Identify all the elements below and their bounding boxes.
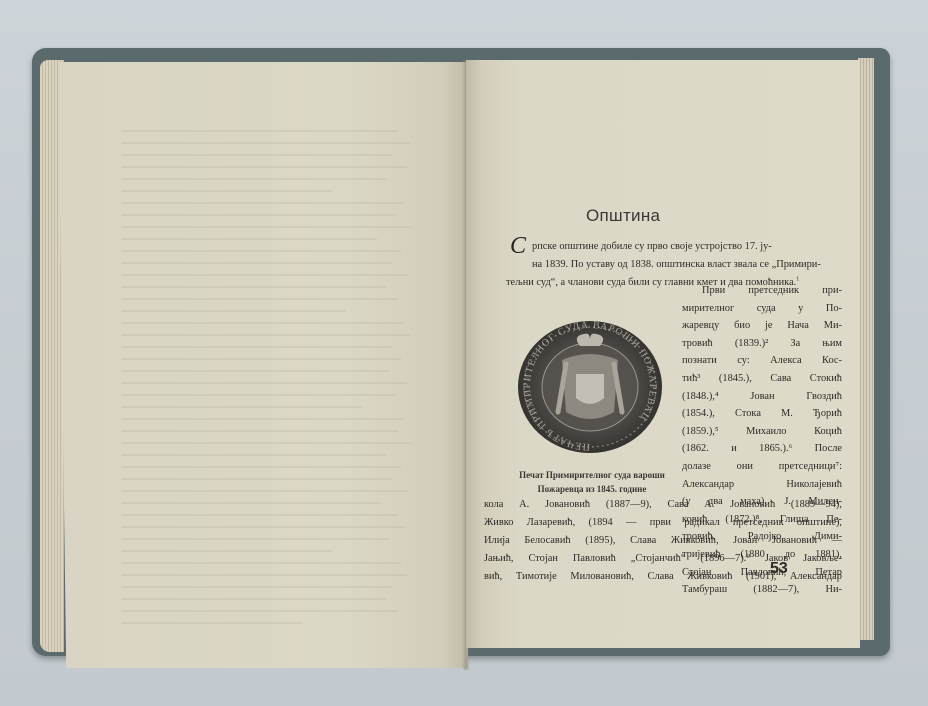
bottom-line: Живко Лазаревић, (1894 — први радикал пр… bbox=[484, 514, 842, 532]
page-number: 53 bbox=[770, 560, 788, 578]
show-through-text bbox=[122, 130, 422, 634]
bottom-line: кола А. Јовановић (1887—9), Сава А. Јова… bbox=[484, 496, 842, 514]
caption-line: Печат Примирителног суда вароши bbox=[492, 468, 692, 482]
bottom-line: Илија Белосавић (1895), Слава Живковић, … bbox=[484, 532, 842, 550]
side-line: долазе они претседници⁷: bbox=[682, 458, 842, 476]
side-line: мирителног суда у По- bbox=[682, 300, 842, 318]
side-line: познати су: Алекса Кос- bbox=[682, 352, 842, 370]
side-line: жаревцу био је Нача Ми- bbox=[682, 317, 842, 335]
drop-cap-ornament: С bbox=[506, 234, 530, 258]
intro-line: на 1839. По уставу од 1838. општинска вл… bbox=[506, 256, 842, 274]
side-line: (1862. и 1865.).⁶ После bbox=[682, 440, 842, 458]
side-line: тић³ (1845.), Сава Стокић bbox=[682, 370, 842, 388]
seal-icon: ПЕЧАТЪ ПРИМИРИТЕЛНОГ СУДА ВАРОШИ ПОЖАРЕВ… bbox=[510, 312, 670, 462]
side-line: Александар Николајевић bbox=[682, 476, 842, 494]
side-line: (1859.),⁵ Михаило Коцић bbox=[682, 423, 842, 441]
right-page: Општина С рпске општине добиле су прво с… bbox=[466, 60, 860, 648]
bottom-line: вић, Тимотије Миловановић, Слава Живкови… bbox=[484, 568, 842, 586]
seal-image: ПЕЧАТЪ ПРИМИРИТЕЛНОГ СУДА ВАРОШИ ПОЖАРЕВ… bbox=[510, 312, 670, 462]
bottom-paragraph: кола А. Јовановић (1887—9), Сава А. Јова… bbox=[484, 496, 842, 586]
bottom-line: Јањић, Стојан Павловић „Стојанчић“ (1896… bbox=[484, 550, 842, 568]
side-line: (1854.), Стока М. Ђорић bbox=[682, 405, 842, 423]
left-page bbox=[58, 62, 468, 668]
side-line: (1848.),⁴ Јован Гвоздић bbox=[682, 388, 842, 406]
page-edges-right bbox=[858, 58, 874, 640]
intro-line: рпске општине добиле су прво своје устро… bbox=[506, 238, 842, 256]
side-line: Први претседник при- bbox=[682, 282, 842, 300]
seal-caption: Печат Примирителног суда вароши Пожаревц… bbox=[492, 468, 692, 496]
caption-line: Пожаревца из 1845. године bbox=[492, 482, 692, 496]
side-line: тровић (1839.)² За њим bbox=[682, 335, 842, 353]
chapter-title: Општина bbox=[586, 206, 660, 226]
